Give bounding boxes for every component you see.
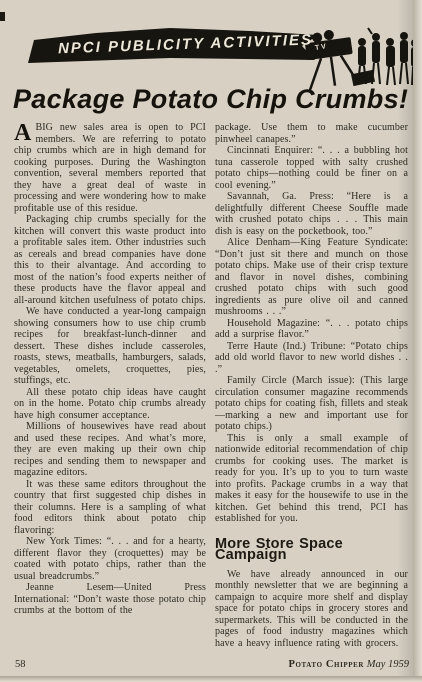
paragraph: Jeanne Lesem—United Press International:…	[14, 582, 206, 617]
paragraph: Packaging chip crumbs specially for the …	[14, 214, 206, 306]
paragraph-continuation: package. Use them to make cucumber pinwh…	[215, 122, 408, 145]
header-banner: NPCI PUBLICITY ACTIVITIES TV	[0, 0, 422, 96]
paragraph: Savannah, Ga. Press: “Here is a delightf…	[215, 191, 408, 237]
publication-line: Potato Chipper May 1959	[288, 659, 409, 670]
paragraph: Alice Denham—King Feature Syndicate: “Do…	[215, 237, 408, 318]
paragraph: All these potato chip ideas have caught …	[14, 387, 206, 422]
paragraph: This is only a small example of nationwi…	[215, 433, 408, 525]
page-edge-right	[413, 0, 422, 682]
page-edge-bottom	[0, 676, 422, 682]
paragraph: We have conducted a year-long campaign s…	[14, 306, 206, 387]
page-number: 58	[15, 659, 26, 670]
paragraph: We have already announced in our monthly…	[215, 569, 408, 650]
paragraph-text: BIG new sales area is open to PCI member…	[14, 122, 206, 214]
paragraph: It was these same editors throughout the…	[14, 479, 206, 537]
paragraph: Terre Haute (Ind.) Tribune: “Potato chip…	[215, 341, 408, 376]
drop-cap: A	[14, 122, 35, 143]
paragraph: New York Times: “. . . and for a hearty,…	[14, 536, 206, 582]
magazine-page: NPCI PUBLICITY ACTIVITIES TV Package Pot…	[0, 0, 422, 682]
paragraph-lead: ABIG new sales area is open to PCI membe…	[14, 122, 206, 214]
paragraph: Household Magazine: “. . . potato chips …	[215, 318, 408, 341]
section-subheading: More Store Space Campaign	[215, 539, 408, 562]
paragraph: Family Circle (March issue): (This large…	[215, 375, 408, 433]
right-column: package. Use them to make cucumber pinwh…	[215, 122, 408, 656]
publication-name: Potato Chipper	[288, 659, 364, 670]
paragraph: Millions of housewives have read about a…	[14, 421, 206, 479]
article-title: Package Potato Chip Crumbs!	[13, 84, 413, 115]
paragraph: Cincinnati Enquirer: “. . . a bubbling h…	[215, 145, 408, 191]
page-edge-shadow	[397, 0, 413, 682]
page-footer: 58 Potato Chipper May 1959	[15, 659, 409, 670]
left-column: ABIG new sales area is open to PCI membe…	[14, 122, 206, 656]
